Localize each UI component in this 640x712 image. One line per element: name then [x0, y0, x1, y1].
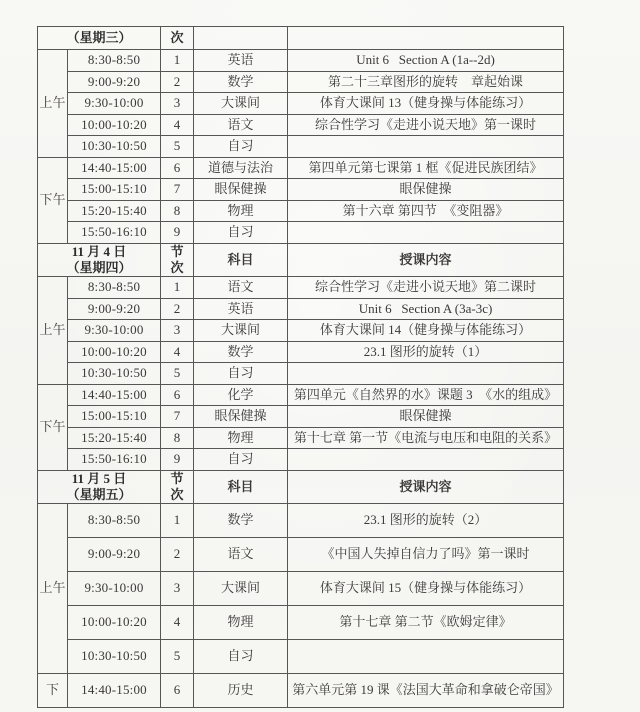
timetable-row: 下午14:40-15:006化学第四单元《自然界的水》课题 3 《水的组成》	[38, 384, 564, 406]
subject-cell: 化学	[194, 384, 288, 406]
time-cell: 9:30-10:00	[68, 320, 161, 342]
content-cell: 眼保健操	[288, 406, 564, 428]
content-header: 授课内容	[288, 470, 564, 504]
period-of-day-cell: 上午	[38, 50, 68, 158]
timetable-row: 上午8:30-8:501英语Unit 6 Section A (1a--2d)	[38, 50, 564, 72]
timetable-row: 15:00-15:107眼保健操眼保健操	[38, 179, 564, 201]
lesson-number-cell: 3	[161, 572, 194, 606]
content-cell: 《中国人失掉自信力了吗》第一课时	[288, 538, 564, 572]
subject-cell: 语文	[194, 114, 288, 136]
subject-cell: 自习	[194, 363, 288, 385]
timetable-row: 9:00-9:202数学第二十三章图形的旋转 章起始课	[38, 71, 564, 93]
time-cell: 8:30-8:50	[68, 50, 161, 72]
subject-cell: 物理	[194, 427, 288, 449]
subject-cell: 物理	[194, 606, 288, 640]
period-of-day-cell: 上午	[38, 504, 68, 674]
content-cell	[288, 222, 564, 244]
timetable-row: 10:00-10:204数学23.1 图形的旋转（1）	[38, 341, 564, 363]
content-header: 授课内容	[288, 243, 564, 277]
subject-cell: 道德与法治	[194, 157, 288, 179]
subject-cell: 眼保健操	[194, 406, 288, 428]
time-cell: 15:00-15:10	[68, 406, 161, 428]
content-cell: 体育大课间 14（健身操与体能练习）	[288, 320, 564, 342]
subject-cell: 历史	[194, 674, 288, 708]
subject-cell: 大课间	[194, 320, 288, 342]
period-of-day-cell: 上午	[38, 277, 68, 385]
timetable-row: 10:30-10:505自习	[38, 640, 564, 674]
content-cell: Unit 6 Section A (3a-3c)	[288, 298, 564, 320]
content-cell	[288, 136, 564, 158]
content-cell: 第四单元第七课第 1 框《促进民族团结》	[288, 157, 564, 179]
content-cell: 第十六章 第四节 《变阻器》	[288, 200, 564, 222]
lesson-number-cell: 5	[161, 640, 194, 674]
content-cell: 体育大课间 13（健身操与体能练习）	[288, 93, 564, 115]
time-cell: 9:00-9:20	[68, 538, 161, 572]
lesson-number-cell: 4	[161, 114, 194, 136]
lesson-number-cell: 5	[161, 363, 194, 385]
lesson-number-cell: 7	[161, 406, 194, 428]
lesson-number-cell: 9	[161, 449, 194, 471]
lesson-number-cell: 2	[161, 298, 194, 320]
timetable-row: 10:30-10:505自习	[38, 136, 564, 158]
timetable-header-row: （星期三）次	[38, 27, 564, 50]
time-cell: 15:00-15:10	[68, 179, 161, 201]
subject-cell: 大课间	[194, 93, 288, 115]
time-cell: 10:30-10:50	[68, 363, 161, 385]
content-cell: 综合性学习《走进小说天地》第一课时	[288, 114, 564, 136]
lesson-number-cell: 4	[161, 341, 194, 363]
time-cell: 14:40-15:00	[68, 384, 161, 406]
time-cell: 9:30-10:00	[68, 572, 161, 606]
subject-cell: 自习	[194, 222, 288, 244]
timetable-row: 9:30-10:003大课间体育大课间 15（健身操与体能练习）	[38, 572, 564, 606]
lesson-number-cell: 6	[161, 384, 194, 406]
lesson-number-cell: 1	[161, 277, 194, 299]
timetable-row: 15:50-16:109自习	[38, 222, 564, 244]
timetable-row: 10:00-10:204语文综合性学习《走进小说天地》第一课时	[38, 114, 564, 136]
time-cell: 8:30-8:50	[68, 277, 161, 299]
section-date-header: （星期三）	[38, 27, 161, 50]
timetable-row: 10:00-10:204物理第十七章 第二节《欧姆定律》	[38, 606, 564, 640]
content-cell: 眼保健操	[288, 179, 564, 201]
lesson-number-cell: 7	[161, 179, 194, 201]
content-cell: 第六单元第 19 课《法国大革命和拿破仑帝国》	[288, 674, 564, 708]
timetable-row: 15:20-15:408物理第十七章 第一节《电流与电压和电阻的关系》	[38, 427, 564, 449]
subject-header	[194, 27, 288, 50]
lesson-number-cell: 6	[161, 674, 194, 708]
time-cell: 14:40-15:00	[68, 674, 161, 708]
content-cell: 23.1 图形的旋转（2）	[288, 504, 564, 538]
content-cell	[288, 363, 564, 385]
content-cell	[288, 449, 564, 471]
time-cell: 9:00-9:20	[68, 71, 161, 93]
timetable-row: 下午14:40-15:006道德与法治第四单元第七课第 1 框《促进民族团结》	[38, 157, 564, 179]
subject-cell: 自习	[194, 449, 288, 471]
time-cell: 10:30-10:50	[68, 136, 161, 158]
lesson-number-cell: 2	[161, 538, 194, 572]
lesson-number-cell: 4	[161, 606, 194, 640]
subject-header: 科目	[194, 470, 288, 504]
period-of-day-cell: 下	[38, 674, 68, 708]
scanned-timetable-photo: （星期三）次上午8:30-8:501英语Unit 6 Section A (1a…	[0, 0, 640, 712]
lesson-number-cell: 9	[161, 222, 194, 244]
lesson-number-cell: 8	[161, 427, 194, 449]
time-cell: 10:00-10:20	[68, 341, 161, 363]
timetable-row: 15:00-15:107眼保健操眼保健操	[38, 406, 564, 428]
subject-cell: 数学	[194, 71, 288, 93]
subject-cell: 物理	[194, 200, 288, 222]
content-cell: 第四单元《自然界的水》课题 3 《水的组成》	[288, 384, 564, 406]
time-cell: 10:00-10:20	[68, 606, 161, 640]
lesson-number-cell: 5	[161, 136, 194, 158]
time-cell: 15:50-16:10	[68, 222, 161, 244]
period-number-header: 节 次	[161, 243, 194, 277]
section-date-header: 11 月 4 日 （星期四）	[38, 243, 161, 277]
timetable-row: 15:50-16:109自习	[38, 449, 564, 471]
lesson-number-cell: 2	[161, 71, 194, 93]
content-cell: 第二十三章图形的旋转 章起始课	[288, 71, 564, 93]
timetable-row: 9:30-10:003大课间体育大课间 14（健身操与体能练习）	[38, 320, 564, 342]
content-cell: 第十七章 第二节《欧姆定律》	[288, 606, 564, 640]
period-number-header: 次	[161, 27, 194, 50]
subject-cell: 大课间	[194, 572, 288, 606]
content-cell: Unit 6 Section A (1a--2d)	[288, 50, 564, 72]
time-cell: 15:50-16:10	[68, 449, 161, 471]
timetable-row: 上午8:30-8:501数学23.1 图形的旋转（2）	[38, 504, 564, 538]
timetable-row: 15:20-15:408物理第十六章 第四节 《变阻器》	[38, 200, 564, 222]
lesson-number-cell: 6	[161, 157, 194, 179]
period-of-day-cell: 下午	[38, 384, 68, 470]
time-cell: 9:00-9:20	[68, 298, 161, 320]
timetable-row: 9:00-9:202语文《中国人失掉自信力了吗》第一课时	[38, 538, 564, 572]
timetable-row: 下14:40-15:006历史第六单元第 19 课《法国大革命和拿破仑帝国》	[38, 674, 564, 708]
timetable-row: 上午8:30-8:501语文综合性学习《走进小说天地》第二课时	[38, 277, 564, 299]
lesson-number-cell: 3	[161, 93, 194, 115]
period-of-day-cell: 下午	[38, 157, 68, 243]
content-cell: 23.1 图形的旋转（1）	[288, 341, 564, 363]
subject-cell: 英语	[194, 50, 288, 72]
lesson-number-cell: 1	[161, 50, 194, 72]
subject-cell: 眼保健操	[194, 179, 288, 201]
timetable-row: 10:30-10:505自习	[38, 363, 564, 385]
subject-cell: 语文	[194, 277, 288, 299]
time-cell: 14:40-15:00	[68, 157, 161, 179]
period-number-header: 节 次	[161, 470, 194, 504]
subject-cell: 数学	[194, 504, 288, 538]
time-cell: 8:30-8:50	[68, 504, 161, 538]
subject-header: 科目	[194, 243, 288, 277]
subject-cell: 语文	[194, 538, 288, 572]
subject-cell: 自习	[194, 640, 288, 674]
time-cell: 9:30-10:00	[68, 93, 161, 115]
lesson-number-cell: 1	[161, 504, 194, 538]
content-cell	[288, 640, 564, 674]
timetable-row: 9:30-10:003大课间体育大课间 13（健身操与体能练习）	[38, 93, 564, 115]
content-header	[288, 27, 564, 50]
content-cell: 第十七章 第一节《电流与电压和电阻的关系》	[288, 427, 564, 449]
time-cell: 10:30-10:50	[68, 640, 161, 674]
subject-cell: 数学	[194, 341, 288, 363]
subject-cell: 英语	[194, 298, 288, 320]
time-cell: 10:00-10:20	[68, 114, 161, 136]
lesson-number-cell: 8	[161, 200, 194, 222]
time-cell: 15:20-15:40	[68, 200, 161, 222]
timetable-row: 9:00-9:202英语Unit 6 Section A (3a-3c)	[38, 298, 564, 320]
content-cell: 综合性学习《走进小说天地》第二课时	[288, 277, 564, 299]
content-cell: 体育大课间 15（健身操与体能练习）	[288, 572, 564, 606]
lesson-number-cell: 3	[161, 320, 194, 342]
timetable-header-row: 11 月 4 日 （星期四）节 次科目授课内容	[38, 243, 564, 277]
section-date-header: 11 月 5 日 （星期五）	[38, 470, 161, 504]
time-cell: 15:20-15:40	[68, 427, 161, 449]
timetable-header-row: 11 月 5 日 （星期五）节 次科目授课内容	[38, 470, 564, 504]
subject-cell: 自习	[194, 136, 288, 158]
timetable-table: （星期三）次上午8:30-8:501英语Unit 6 Section A (1a…	[37, 26, 564, 708]
